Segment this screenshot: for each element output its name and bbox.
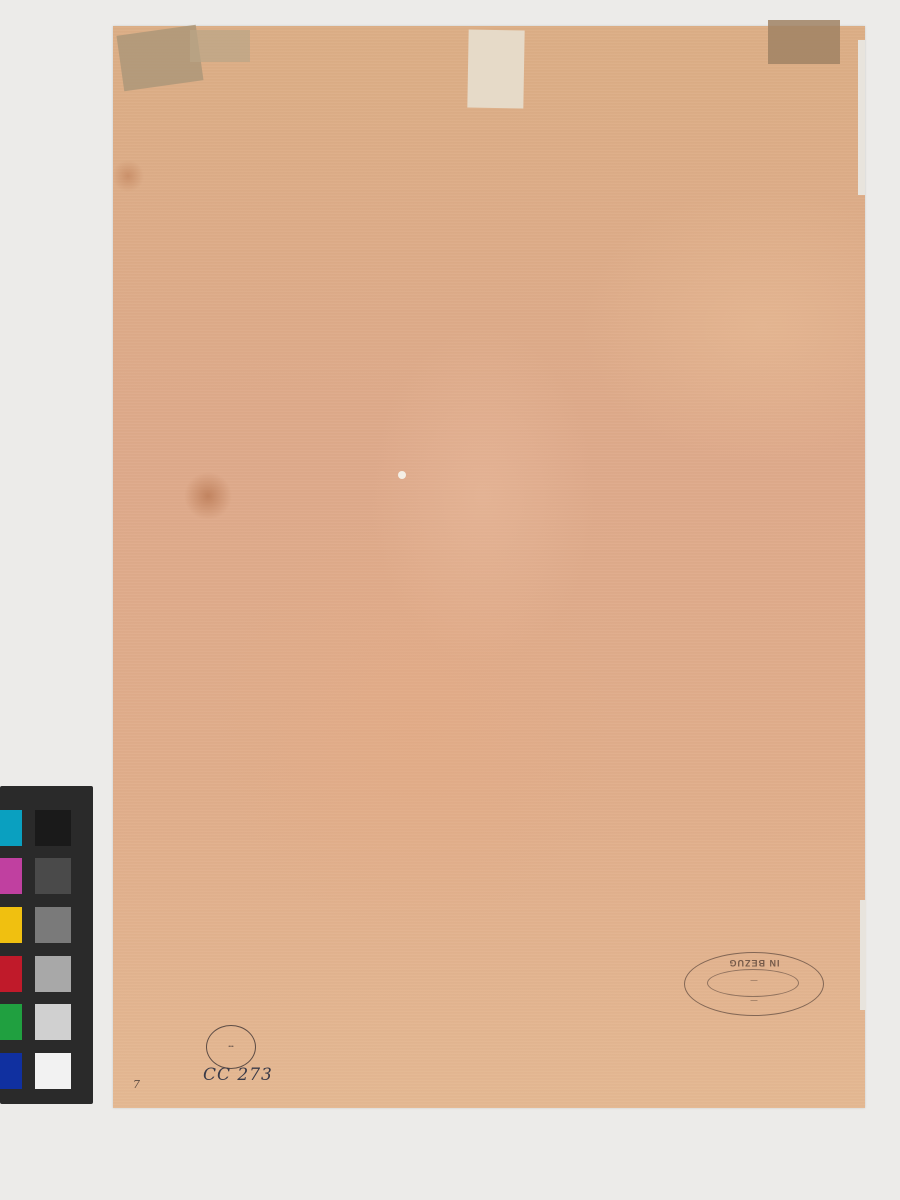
paper-sheet — [113, 26, 865, 1108]
oval-stamp-text-line3: — — [685, 997, 823, 1004]
corner-pencil-mark: 7 — [133, 1078, 140, 1091]
patch-gray-2 — [35, 858, 71, 894]
round-stamp-text: ••• — [228, 1044, 233, 1050]
paper-edge-strip-bottom — [860, 900, 866, 1010]
color-calibration-target — [0, 786, 93, 1104]
patch-gray-5 — [35, 1004, 71, 1040]
patch-gray-3 — [35, 907, 71, 943]
tape-top-left-secondary — [190, 30, 250, 62]
patch-gray-4 — [35, 956, 71, 992]
patch-yellow — [0, 907, 22, 943]
patch-cyan — [0, 810, 22, 846]
tape-top-center — [467, 30, 524, 109]
oval-ownership-stamp: IN BEZUG — — — [684, 952, 824, 1016]
patch-blue — [0, 1053, 22, 1089]
oval-stamp-text-line1: IN BEZUG — [685, 958, 823, 968]
patch-gray-6 — [35, 1053, 71, 1089]
round-collection-stamp: ••• — [206, 1025, 256, 1069]
patch-green — [0, 1004, 22, 1040]
pin-hole — [398, 471, 406, 479]
inventory-number: CC 273 — [203, 1065, 273, 1085]
paper-edge-strip-top — [858, 40, 865, 195]
tape-top-right — [768, 20, 840, 64]
patch-gray-1 — [35, 810, 71, 846]
oval-stamp-text-line2: — — [685, 977, 823, 984]
patch-red — [0, 956, 22, 992]
patch-magenta — [0, 858, 22, 894]
